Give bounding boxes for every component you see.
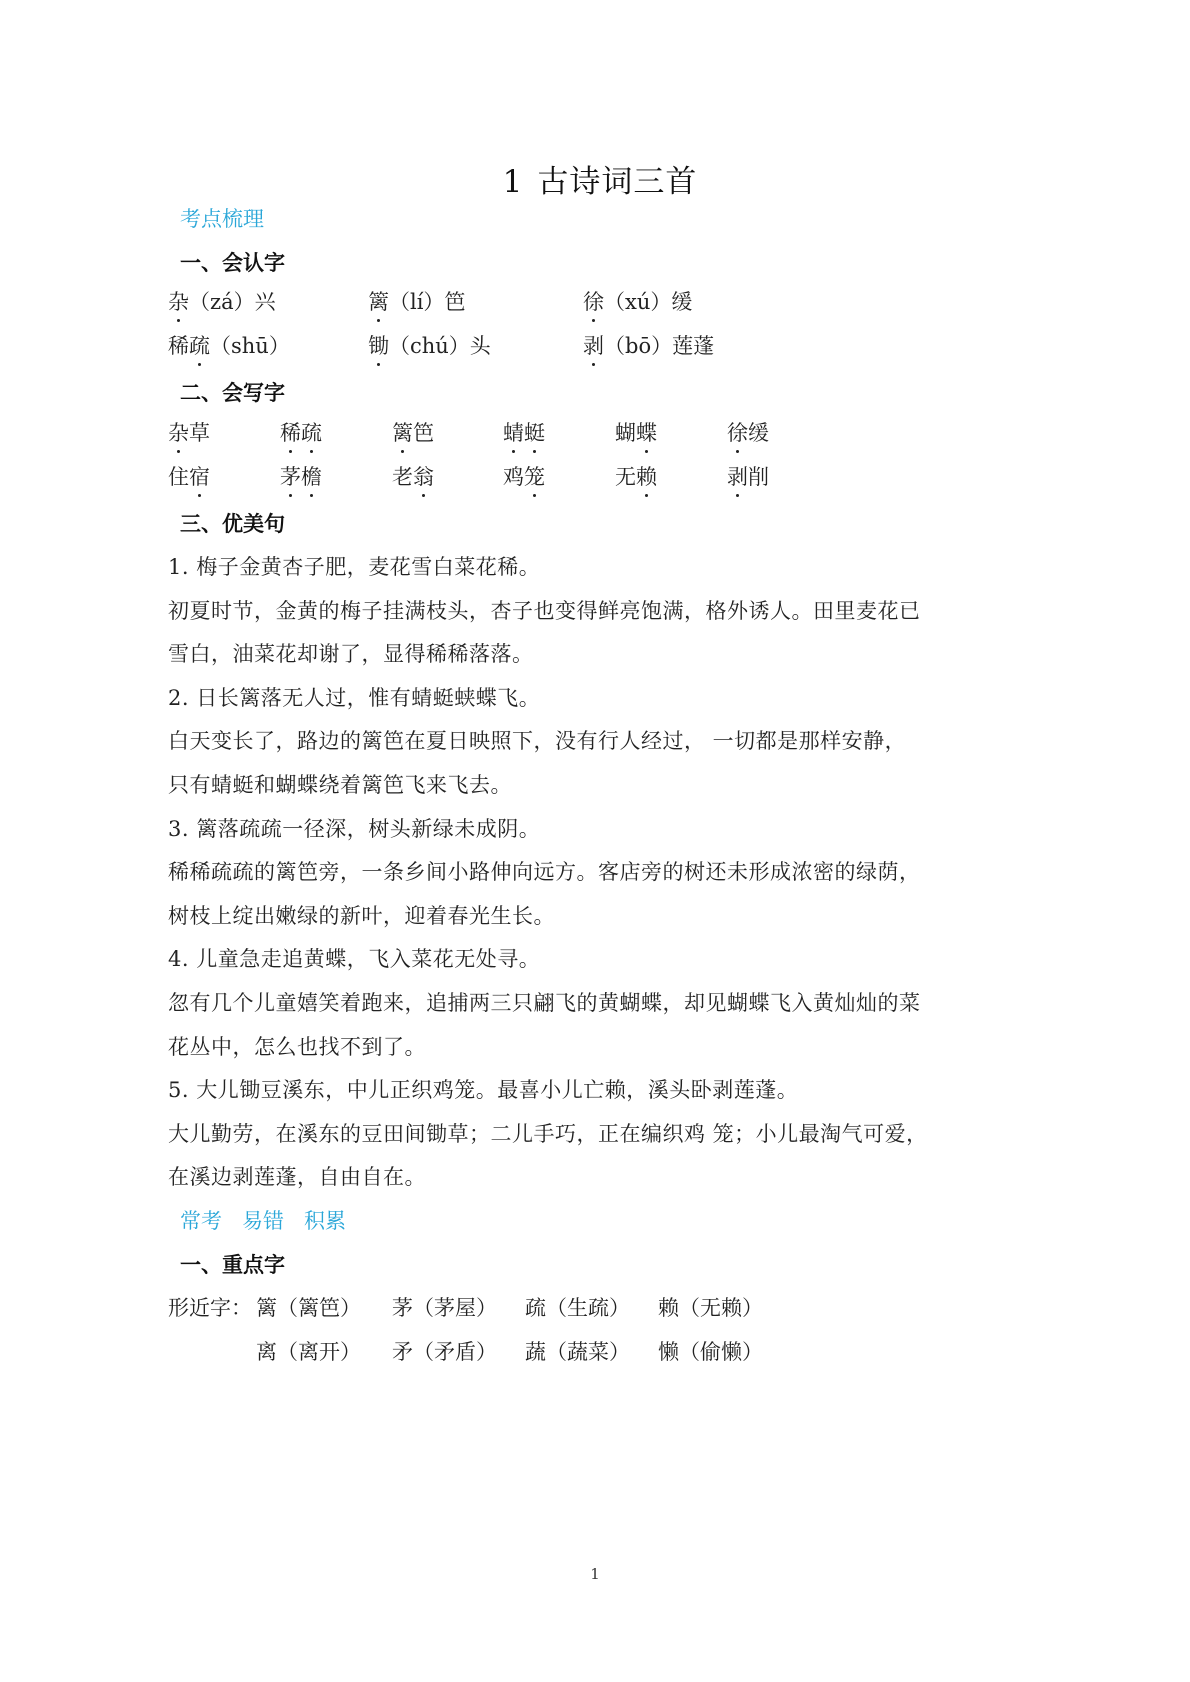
huirenzi-item: 杂（zá）兴 <box>168 286 276 316</box>
plain-char: 草 <box>189 421 210 445</box>
xingjinzi-item: 矛（矛盾） <box>392 1336 497 1366</box>
xingjinzi-label: 形近字： <box>168 1292 252 1322</box>
heading-word: 积累 <box>304 1209 346 1233</box>
lesson-title: 古诗词三首 <box>537 164 697 200</box>
pinyin-word: （bō）莲蓬 <box>604 334 714 358</box>
dotted-char: 徐 <box>583 286 604 316</box>
xingjinzi-item: 蔬（蔬菜） <box>525 1336 630 1366</box>
dotted-char: 蜓 <box>524 417 545 447</box>
explanation-line: 白天变长了，路边的篱笆在夏日映照下，没有行人经过， 一切都是那样安静， <box>168 725 906 755</box>
dotted-char: 篱 <box>392 417 413 447</box>
plain-char: 住 <box>168 465 189 489</box>
dotted-char: 茅 <box>280 461 301 491</box>
plain-char: 笆 <box>413 421 434 445</box>
dotted-char: 赖 <box>636 461 657 491</box>
poem-line: 4. 儿童急走追黄蝶，飞入菜花无处寻。 <box>168 943 540 973</box>
huixiezi-word: 篱笆 <box>392 417 434 447</box>
plain-char: 削 <box>748 465 769 489</box>
youmeiju-heading: 三、优美句 <box>180 508 285 538</box>
dotted-char: 杂 <box>168 417 189 447</box>
dotted-char: 宿 <box>189 461 210 491</box>
plain-char: 老 <box>392 465 413 489</box>
xingjinzi-item: 茅（茅屋） <box>392 1292 497 1322</box>
heading-word: 常考 <box>180 1209 222 1233</box>
explanation-line: 花丛中，怎么也找不到了。 <box>168 1031 426 1061</box>
explanation-line: 只有蜻蜓和蝴蝶绕着篱笆飞来飞去。 <box>168 769 512 799</box>
lesson-number: 1 <box>503 164 524 200</box>
xingjinzi-item: 懒（偷懒） <box>658 1336 763 1366</box>
poem-line: 2. 日长篱落无人过，惟有蜻蜓蛱蝶飞。 <box>168 682 540 712</box>
huixiezi-word: 蝴蝶 <box>615 417 657 447</box>
explanation-line: 初夏时节，金黄的梅子挂满枝头，杏子也变得鲜亮饱满，格外诱人。田里麦花已 <box>168 595 921 625</box>
section-changkao-heading: 常考易错积累 <box>180 1205 366 1235</box>
section-kaodian-heading: 考点梳理 <box>180 203 264 233</box>
huixiezi-word: 鸡笼 <box>503 461 545 491</box>
explanation-line: 雪白，油菜花却谢了，显得稀稀落落。 <box>168 638 534 668</box>
huirenzi-heading: 一、会认字 <box>180 247 285 277</box>
dotted-char: 剥 <box>727 461 748 491</box>
page-title: 1古诗词三首 <box>180 156 1020 201</box>
dotted-char: 疏 <box>189 330 210 360</box>
plain-char: 稀 <box>168 334 189 358</box>
dotted-char: 稀 <box>280 417 301 447</box>
pinyin-word: （lí）笆 <box>389 290 465 314</box>
huirenzi-item: 稀疏（shū） <box>168 330 290 360</box>
poem-line: 5. 大儿锄豆溪东，中儿正织鸡笼。最喜小儿亡赖，溪头卧剥莲蓬。 <box>168 1074 798 1104</box>
xingjinzi-item: 疏（生疏） <box>525 1292 630 1322</box>
dotted-char: 剥 <box>583 330 604 360</box>
heading-word: 易错 <box>242 1209 284 1233</box>
dotted-char: 蜻 <box>503 417 524 447</box>
huirenzi-item: 徐（xú）缓 <box>583 286 692 316</box>
dotted-char: 锄 <box>368 330 389 360</box>
huixiezi-heading: 二、会写字 <box>180 377 285 407</box>
huixiezi-word: 住宿 <box>168 461 210 491</box>
zhongdianzi-heading: 一、重点字 <box>180 1249 285 1279</box>
pinyin-word: （zá）兴 <box>189 290 276 314</box>
pinyin-word: （xú）缓 <box>604 290 692 314</box>
dotted-char: 疏 <box>301 417 322 447</box>
huixiezi-word: 剥削 <box>727 461 769 491</box>
plain-char: 鸡 <box>503 465 524 489</box>
huixiezi-word: 杂草 <box>168 417 210 447</box>
huirenzi-item: 剥（bō）莲蓬 <box>583 330 714 360</box>
dotted-char: 徐 <box>727 417 748 447</box>
huixiezi-word: 茅檐 <box>280 461 322 491</box>
huixiezi-word: 无赖 <box>615 461 657 491</box>
dotted-char: 篱 <box>368 286 389 316</box>
huixiezi-word: 老翁 <box>392 461 434 491</box>
huixiezi-word: 稀疏 <box>280 417 322 447</box>
dotted-char: 笼 <box>524 461 545 491</box>
huixiezi-word: 徐缓 <box>727 417 769 447</box>
huirenzi-item: 篱（lí）笆 <box>368 286 465 316</box>
explanation-line: 忽有几个儿童嬉笑着跑来，追捕两三只翩飞的黄蝴蝶，却见蝴蝶飞入黄灿灿的菜 <box>168 987 921 1017</box>
huixiezi-word: 蜻蜓 <box>503 417 545 447</box>
xingjinzi-item: 篱（篱笆） <box>256 1292 361 1322</box>
page-number: 1 <box>0 1565 1190 1583</box>
pinyin-word: （shū） <box>210 334 290 358</box>
pinyin-word: （chú）头 <box>389 334 491 358</box>
dotted-char: 杂 <box>168 286 189 316</box>
explanation-line: 树枝上绽出嫩绿的新叶，迎着春光生长。 <box>168 900 555 930</box>
xingjinzi-item: 离（离开） <box>256 1336 361 1366</box>
huirenzi-item: 锄（chú）头 <box>368 330 491 360</box>
plain-char: 蝴 <box>615 421 636 445</box>
explanation-line: 大儿勤劳，在溪东的豆田间锄草；二儿手巧，正在编织鸡 笼；小儿最淘气可爱， <box>168 1118 928 1148</box>
explanation-line: 稀稀疏疏的篱笆旁，一条乡间小路伸向远方。客店旁的树还未形成浓密的绿荫， <box>168 856 921 886</box>
explanation-line: 在溪边剥莲蓬，自由自在。 <box>168 1161 426 1191</box>
plain-char: 无 <box>615 465 636 489</box>
plain-char: 缓 <box>748 421 769 445</box>
xingjinzi-item: 赖（无赖） <box>658 1292 763 1322</box>
dotted-char: 檐 <box>301 461 322 491</box>
dotted-char: 蝶 <box>636 417 657 447</box>
poem-line: 3. 篱落疏疏一径深，树头新绿未成阴。 <box>168 813 540 843</box>
poem-line: 1. 梅子金黄杏子肥，麦花雪白菜花稀。 <box>168 551 540 581</box>
dotted-char: 翁 <box>413 461 434 491</box>
